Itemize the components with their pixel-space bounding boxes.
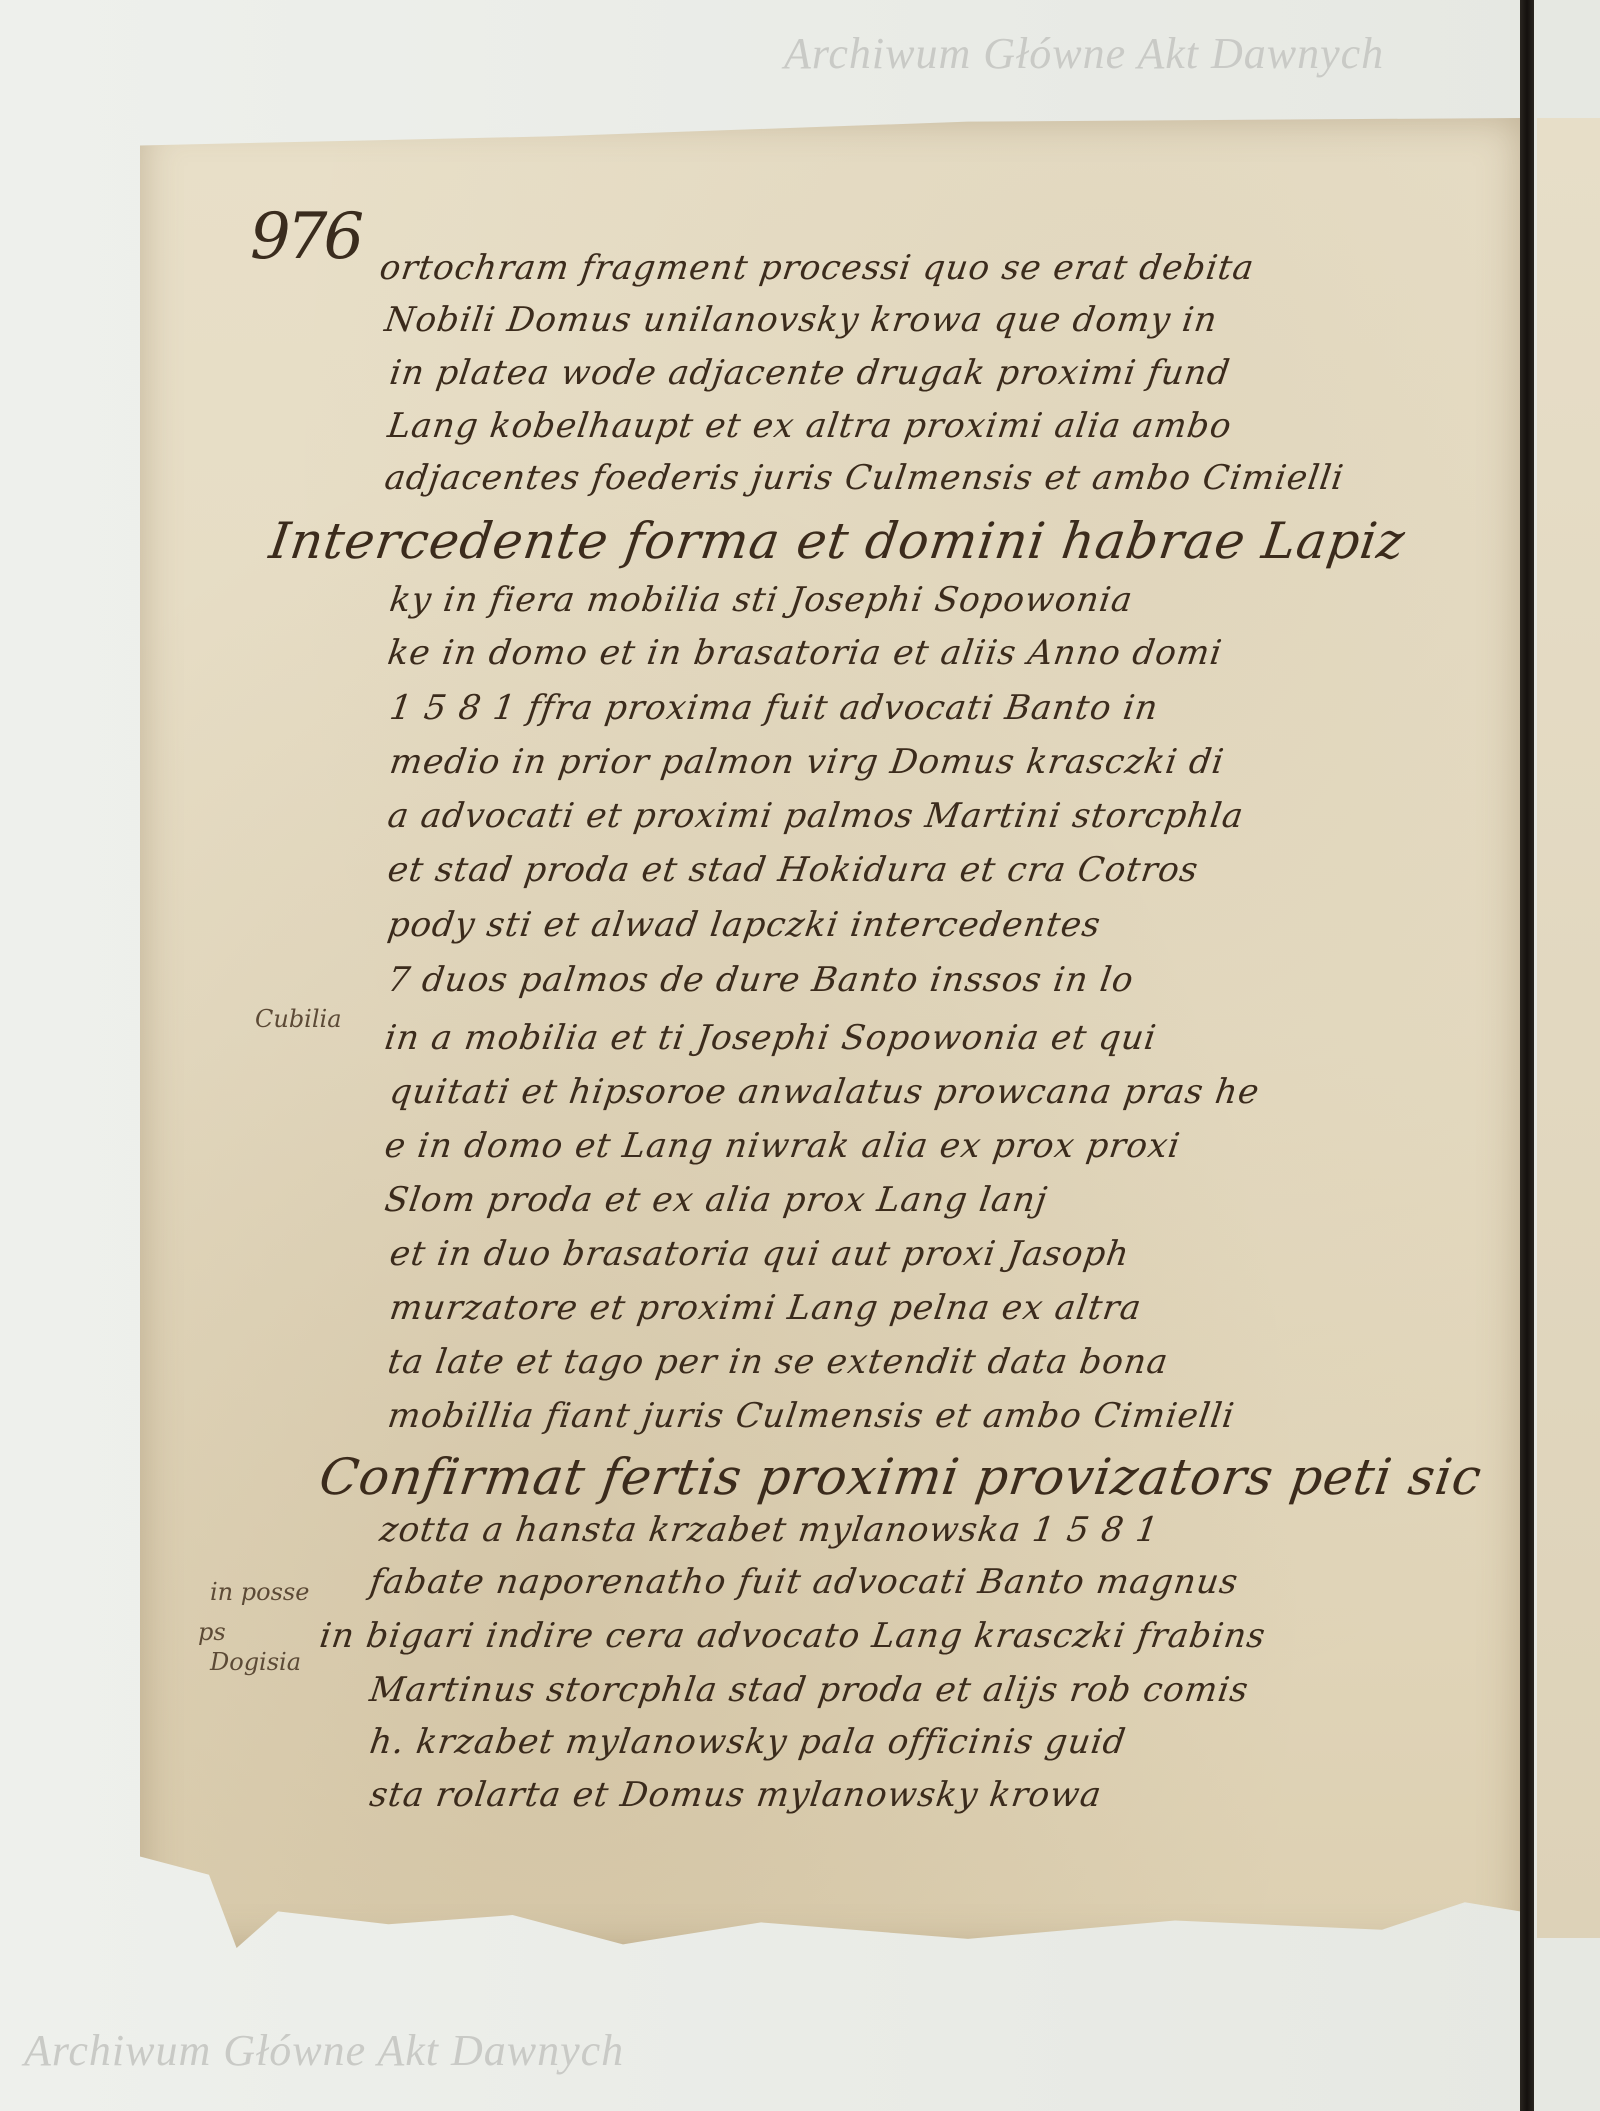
manuscript-line: in a mobilia et ti Josephi Sopowonia et … — [382, 1018, 1159, 1058]
manuscript-line: h. krzabet mylanowsky pala officinis gui… — [367, 1722, 1128, 1762]
manuscript-text: ortochram fragment processi quo se erat … — [0, 0, 1600, 2111]
manuscript-line: murzatore et proximi Lang pelna ex altra — [387, 1288, 1144, 1328]
manuscript-line: ortochram fragment processi quo se erat … — [377, 248, 1257, 288]
manuscript-line: 1 5 8 1 ffra proxima fuit advocati Banto… — [387, 688, 1161, 728]
manuscript-line: Slom proda et ex alia prox Lang lanj — [382, 1180, 1050, 1220]
manuscript-line: zotta a hansta krzabet mylanowska 1 5 8 … — [377, 1510, 1161, 1550]
manuscript-line: et stad proda et stad Hokidura et cra Co… — [385, 850, 1201, 890]
manuscript-line: fabate naporenatho fuit advocati Banto m… — [367, 1562, 1241, 1602]
margin-note: in posse — [210, 1578, 309, 1606]
manuscript-line: medio in prior palmon virg Domus krasczk… — [387, 742, 1227, 782]
manuscript-line: ke in domo et in brasatoria et aliis Ann… — [385, 633, 1225, 673]
manuscript-line: Nobili Domus unilanovsky krowa que domy … — [382, 300, 1220, 340]
manuscript-line: adjacentes foederis juris Culmensis et a… — [382, 458, 1346, 498]
margin-note: ps — [198, 1618, 226, 1646]
manuscript-line: ky in fiera mobilia sti Josephi Sopowoni… — [387, 580, 1135, 620]
manuscript-line: ta late et tago per in se extendit data … — [385, 1342, 1171, 1382]
manuscript-line: Lang kobelhaupt et ex altra proximi alia… — [385, 406, 1234, 446]
manuscript-line: in bigari indire cera advocato Lang kras… — [317, 1616, 1268, 1656]
manuscript-line: in platea wode adjacente drugak proximi … — [387, 353, 1233, 393]
manuscript-line: a advocati et proximi palmos Martini sto… — [385, 796, 1246, 836]
manuscript-line: mobillia fiant juris Culmensis et ambo C… — [385, 1396, 1237, 1436]
manuscript-line: pody sti et alwad lapczki intercedentes — [385, 905, 1103, 945]
manuscript-line: et in duo brasatoria qui aut proxi Jasop… — [387, 1234, 1132, 1274]
manuscript-line: sta rolarta et Domus mylanowsky krowa — [367, 1775, 1104, 1815]
manuscript-line: Martinus storcphla stad proda et alijs r… — [367, 1670, 1251, 1710]
manuscript-line: quitati et hipsoroe anwalatus prowcana p… — [387, 1072, 1262, 1112]
margin-note: Cubilia — [255, 1005, 342, 1033]
manuscript-line: Confirmat fertis proximi provizators pet… — [316, 1448, 1486, 1506]
margin-note: Dogisia — [210, 1648, 301, 1676]
manuscript-line: e in domo et Lang niwrak alia ex prox pr… — [382, 1126, 1183, 1166]
manuscript-line: Intercedente forma et domini habrae Lapi… — [266, 512, 1409, 570]
manuscript-line: 7 duos palmos de dure Banto inssos in lo — [385, 960, 1136, 1000]
